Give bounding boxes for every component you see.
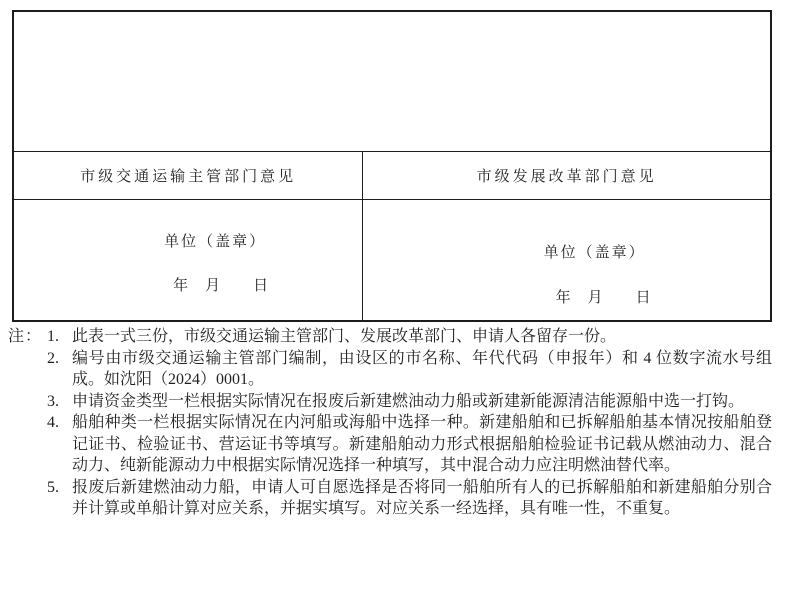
note-item-1: 1. 此表一式三份，市级交通运输主管部门、发展改革部门、申请人各留存一份。 <box>72 326 772 348</box>
note-item-2: 2. 编号由市级交通运输主管部门编制，由设区的市名称、年代代码（申报年）和 4 … <box>72 348 772 391</box>
note-text: 船舶种类一栏根据实际情况在内河船或海船中选择一种。新建船舶和已拆解船舶基本情况按… <box>72 414 772 474</box>
note-number: 3. <box>47 391 59 413</box>
note-item-4: 4. 船舶种类一栏根据实际情况在内河船或海船中选择一种。新建船舶和已拆解船舶基本… <box>72 412 772 477</box>
approval-table: 市级交通运输主管部门意见 市级发展改革部门意见 单位（盖章） 年 月 日 单位（… <box>12 10 772 322</box>
transport-date-label: 年 月 日 <box>173 274 269 295</box>
note-item-5: 5. 报废后新建燃油动力船，申请人可自愿选择是否将同一船舶所有人的已拆解船舶和新… <box>72 477 772 520</box>
note-text: 编号由市级交通运输主管部门编制，由设区的市名称、年代代码（申报年）和 4 位数字… <box>72 350 772 389</box>
empty-opinion-cell <box>14 12 770 152</box>
note-number: 5. <box>47 477 59 499</box>
note-text: 报废后新建燃油动力船，申请人可自愿选择是否将同一船舶所有人的已拆解船舶和新建船舶… <box>72 479 772 518</box>
note-number: 2. <box>47 348 59 370</box>
development-unit-seal-label: 单位（盖章） <box>544 241 646 262</box>
transport-seal-cell: 单位（盖章） 年 月 日 <box>14 200 363 320</box>
note-item-3: 3. 申请资金类型一栏根据实际情况在报废后新建燃油动力船或新建新能源清洁能源船中… <box>72 391 772 413</box>
notes-section: 注： 1. 此表一式三份，市级交通运输主管部门、发展改革部门、申请人各留存一份。… <box>8 326 774 520</box>
development-reform-department-header: 市级发展改革部门意见 <box>363 152 770 199</box>
department-header-row: 市级交通运输主管部门意见 市级发展改革部门意见 <box>14 152 770 200</box>
notes-list: 1. 此表一式三份，市级交通运输主管部门、发展改革部门、申请人各留存一份。 2.… <box>72 326 772 520</box>
notes-label: 注： <box>8 326 42 348</box>
transport-department-header: 市级交通运输主管部门意见 <box>14 152 363 199</box>
development-date-label: 年 月 日 <box>556 286 652 307</box>
note-number: 1. <box>47 326 59 348</box>
transport-unit-seal-label: 单位（盖章） <box>164 230 266 251</box>
note-text: 申请资金类型一栏根据实际情况在报废后新建燃油动力船或新建新能源清洁能源船中选一打… <box>72 393 744 410</box>
seal-row: 单位（盖章） 年 月 日 单位（盖章） 年 月 日 <box>14 200 770 320</box>
note-text: 此表一式三份，市级交通运输主管部门、发展改革部门、申请人各留存一份。 <box>72 328 616 345</box>
note-number: 4. <box>47 412 59 434</box>
form-page: 市级交通运输主管部门意见 市级发展改革部门意见 单位（盖章） 年 月 日 单位（… <box>0 0 786 596</box>
development-seal-cell: 单位（盖章） 年 月 日 <box>363 200 770 320</box>
